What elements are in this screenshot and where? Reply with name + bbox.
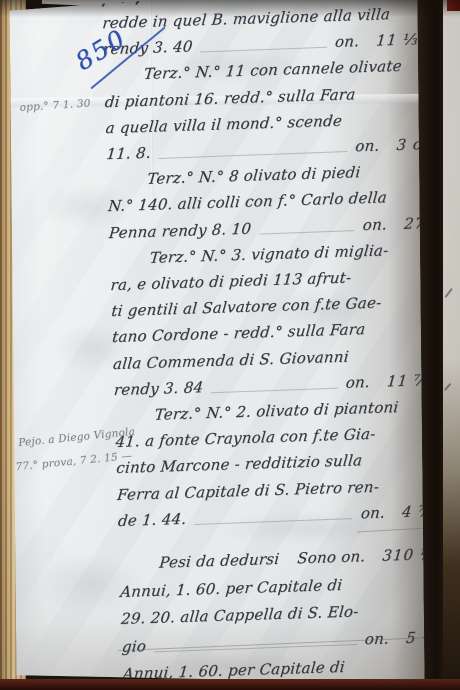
amount-currency-label: on.	[360, 502, 386, 524]
line-text: gio	[121, 636, 147, 658]
line-text: Terz.° N.° 3. vignato di miglia-	[149, 240, 390, 269]
amount-currency-label: on.	[354, 135, 380, 157]
manuscript-line: ra, e olivato di piedi 113 afrut-	[110, 265, 427, 296]
manuscript-line: di piantoni 16. redd.° sulla Fara	[104, 82, 421, 113]
manuscript-line: Annui, 1. 60. per Capitale di	[120, 571, 437, 602]
amount: on.11 ⅓	[334, 29, 420, 53]
line-text: Ferra al Capitale di S. Pietro ren-	[116, 476, 380, 505]
line-text: a quella villa il mond.° scende	[105, 110, 343, 138]
amount-value: 11 ⅓	[376, 29, 420, 51]
manuscript-line: Ferra al Capitale di S. Pietro ren-	[117, 475, 434, 506]
manuscript-line: Pesi da dedursiSono on.310 ⅓	[119, 544, 436, 575]
amount: Sono on.310 ⅓	[296, 544, 436, 569]
amount-currency-label: on.	[345, 372, 371, 394]
line-text: Penna rendy 8. 10	[108, 218, 252, 244]
manuscript-line: rendy 3. 84on.11 ⅞	[114, 370, 431, 401]
manuscript-photo: 850 opp.° 7 1. 30 Pejo. a Diego Vignola …	[0, 0, 460, 690]
manuscript-line: Terz.° N.° 11 con cannele olivate	[104, 56, 421, 87]
manuscript-line: redde in quel B. maviglione alla villa	[102, 3, 419, 34]
manuscript-line: ti gentili al Salvatore con f.te Gae-	[111, 291, 428, 322]
book-cover-sliver	[447, 0, 460, 11]
line-text: redde in quel B. maviglione alla villa	[101, 4, 391, 34]
line-text: de 1. 44.	[117, 509, 187, 532]
manuscript-line: N.° 140. alli colli con f.° Carlo della	[108, 187, 425, 218]
amount: on.11 ⅞	[345, 370, 431, 394]
manuscript-line: 11. 8.on.3 c	[106, 134, 423, 165]
manuscript-line: cinto Marcone - redditizio sulla	[116, 448, 433, 479]
amount: on.27	[362, 213, 426, 236]
line-text: 29. 20. alla Cappella di S. Elo-	[120, 601, 359, 630]
line-text: 11. 8.	[106, 143, 152, 165]
line-text: Annui, 1. 60. per Capitale di	[119, 574, 343, 602]
manuscript-line: 41. a fonte Craynola con f.te Gia-	[115, 422, 432, 453]
leader-line	[195, 518, 353, 525]
manuscript-line: de 1. 44.on.4 ⅞	[118, 501, 435, 532]
line-text: ti gentili al Salvatore con f.te Gae-	[110, 293, 382, 323]
line-spacer	[280, 569, 298, 570]
line-text: 41. a fonte Craynola con f.te Gia-	[115, 424, 377, 453]
leader-line	[211, 387, 338, 393]
line-text: cinto Marcone - redditizio sulla	[115, 451, 363, 480]
facing-page-edge	[443, 0, 460, 690]
amount: on.3 c	[354, 134, 423, 157]
manuscript-line: a quella villa il mond.° scende	[105, 108, 422, 139]
line-text: Terz.° N.° 2. olivato di piantoni	[154, 397, 400, 426]
amount-currency-label: on.	[362, 214, 388, 236]
book-cover-bottom	[0, 679, 460, 690]
leader-line	[259, 230, 354, 234]
line-text: alla Commenda di S. Giovanni	[112, 346, 350, 374]
manuscript-line: Terz.° N.° 2. olivato di piantoni	[114, 396, 431, 427]
line-text: Terz.° N.° 11 con cannele olivate	[143, 56, 403, 85]
line-text: rendy 3. 84	[113, 377, 204, 401]
manuscript-line: 29. 20. alla Cappella di S. Elo-	[121, 599, 438, 630]
manuscript-page: 850 opp.° 7 1. 30 Pejo. a Diego Vignola …	[9, 0, 424, 684]
manuscript-line: gioon.5 ⅓	[122, 626, 439, 657]
amount-currency-label: Sono on.	[296, 546, 366, 569]
leader-line	[201, 47, 328, 53]
line-text: Terz.° N.° 8 olivato di piedi	[146, 162, 361, 190]
line-text: N.° 140. alli colli con f.° Carlo della	[107, 188, 388, 218]
line-text: di piantoni 16. redd.° sulla Fara	[104, 84, 357, 113]
manuscript-line: Penna rendy 8. 10on.27	[109, 213, 426, 244]
manuscript-line: Terz.° N.° 3. vignato di miglia-	[109, 239, 426, 270]
line-text: tano Cordone - redd.° sulla Fara	[111, 319, 366, 348]
leader-line	[159, 151, 348, 159]
line-text: ra, e olivato di piedi 113 afrut-	[110, 267, 353, 296]
line-text: Pesi da dedursi	[158, 549, 280, 574]
manuscript-line: alla Commenda di S. Giovanni	[113, 344, 430, 375]
manuscript-line: tano Cordone - redd.° sulla Fara	[112, 317, 429, 348]
amount-currency-label: on.	[334, 31, 360, 53]
